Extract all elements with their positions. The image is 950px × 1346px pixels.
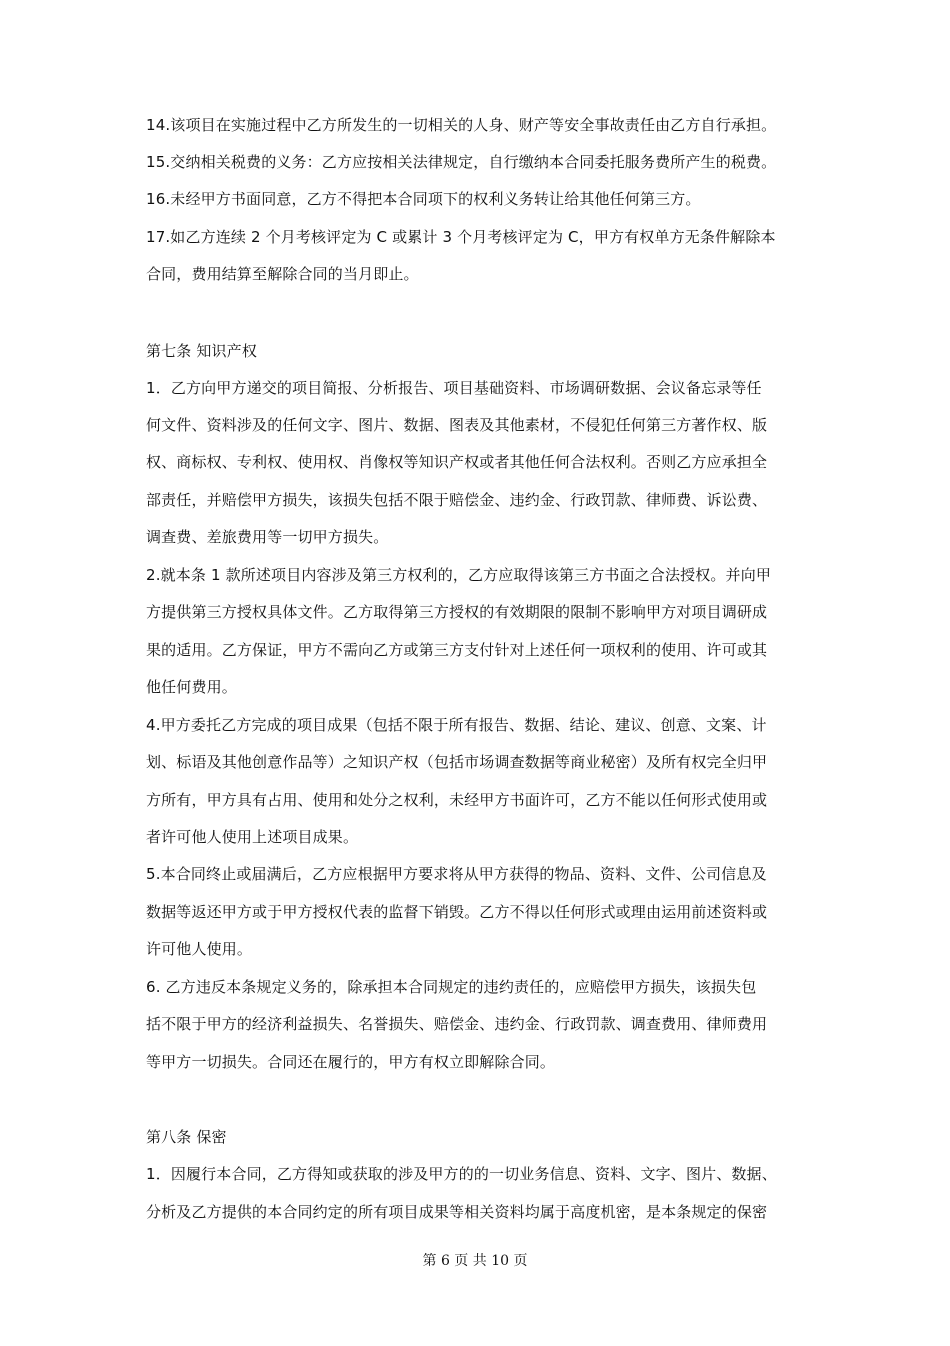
text-line: 划、标语及其他创意作品等）之知识产权（包括市场调查数据等商业秘密）及所有权完全归… — [146, 752, 767, 772]
text-line: 4.甲方委托乙方完成的项目成果（包括不限于所有报告、数据、结论、建议、创意、文案… — [146, 715, 767, 735]
text-line: 5.本合同终止或届满后，乙方应根据甲方要求将从甲方获得的物品、资料、文件、公司信… — [146, 864, 767, 884]
text-line: 1．乙方向甲方递交的项目简报、分析报告、项目基础资料、市场调研数据、会议备忘录等… — [146, 378, 762, 398]
text-line: 2.就本条 1 款所述项目内容涉及第三方权利的，乙方应取得该第三方书面之合法授权… — [146, 565, 771, 585]
text-line: 第七条 知识产权 — [146, 341, 257, 361]
text-line: 者许可他人使用上述项目成果。 — [146, 827, 358, 847]
text-line: 部责任，并赔偿甲方损失，该损失包括不限于赔偿金、违约金、行政罚款、律师费、诉讼费… — [146, 490, 767, 510]
text-line: 调查费、差旅费用等一切甲方损失。 — [146, 527, 388, 547]
text-line: 方提供第三方授权具体文件。乙方取得第三方授权的有效期限的限制不影响甲方对项目调研… — [146, 602, 767, 622]
text-line: 等甲方一切损失。合同还在履行的，甲方有权立即解除合同。 — [146, 1052, 555, 1072]
text-line: 合同，费用结算至解除合同的当月即止。 — [146, 264, 419, 284]
text-line: 17.如乙方连续 2 个月考核评定为 C 或累计 3 个月考核评定为 C，甲方有… — [146, 227, 776, 247]
text-line: 数据等返还甲方或于甲方授权代表的监督下销毁。乙方不得以任何形式或理由运用前述资料… — [146, 902, 767, 922]
text-line: 果的适用。乙方保证，甲方不需向乙方或第三方支付针对上述任何一项权利的使用、许可或… — [146, 640, 767, 660]
text-line: 第八条 保密 — [146, 1127, 227, 1147]
text-line: 6. 乙方违反本条规定义务的，除承担本合同规定的违约责任的，应赔偿甲方损失，该损… — [146, 977, 756, 997]
text-line: 方所有，甲方具有占用、使用和处分之权利，未经甲方书面许可，乙方不能以任何形式使用… — [146, 790, 767, 810]
text-line: 1．因履行本合同，乙方得知或获取的涉及甲方的的一切业务信息、资料、文字、图片、数… — [146, 1164, 777, 1184]
text-line: 许可他人使用。 — [146, 939, 252, 959]
text-line: 15.交纳相关税费的义务：乙方应按相关法律规定，自行缴纳本合同委托服务费所产生的… — [146, 152, 776, 172]
text-line: 他任何费用。 — [146, 677, 237, 697]
document-page: 14.该项目在实施过程中乙方所发生的一切相关的人身、财产等安全事故责任由乙方自行… — [0, 0, 950, 1346]
text-line: 16.未经甲方书面同意，乙方不得把本合同项下的权利义务转让给其他任何第三方。 — [146, 189, 701, 209]
text-line: 括不限于甲方的经济利益损失、名誉损失、赔偿金、违约金、行政罚款、调查费用、律师费… — [146, 1014, 767, 1034]
text-line: 何文件、资料涉及的任何文字、图片、数据、图表及其他素材，不侵犯任何第三方著作权、… — [146, 415, 767, 435]
text-line: 分析及乙方提供的本合同约定的所有项目成果等相关资料均属于高度机密，是本条规定的保… — [146, 1202, 767, 1222]
text-line: 14.该项目在实施过程中乙方所发生的一切相关的人身、财产等安全事故责任由乙方自行… — [146, 115, 776, 135]
page-footer: 第 6 页 共 10 页 — [0, 1250, 950, 1270]
text-line: 权、商标权、专利权、使用权、肖像权等知识产权或者其他任何合法权利。否则乙方应承担… — [146, 452, 767, 472]
